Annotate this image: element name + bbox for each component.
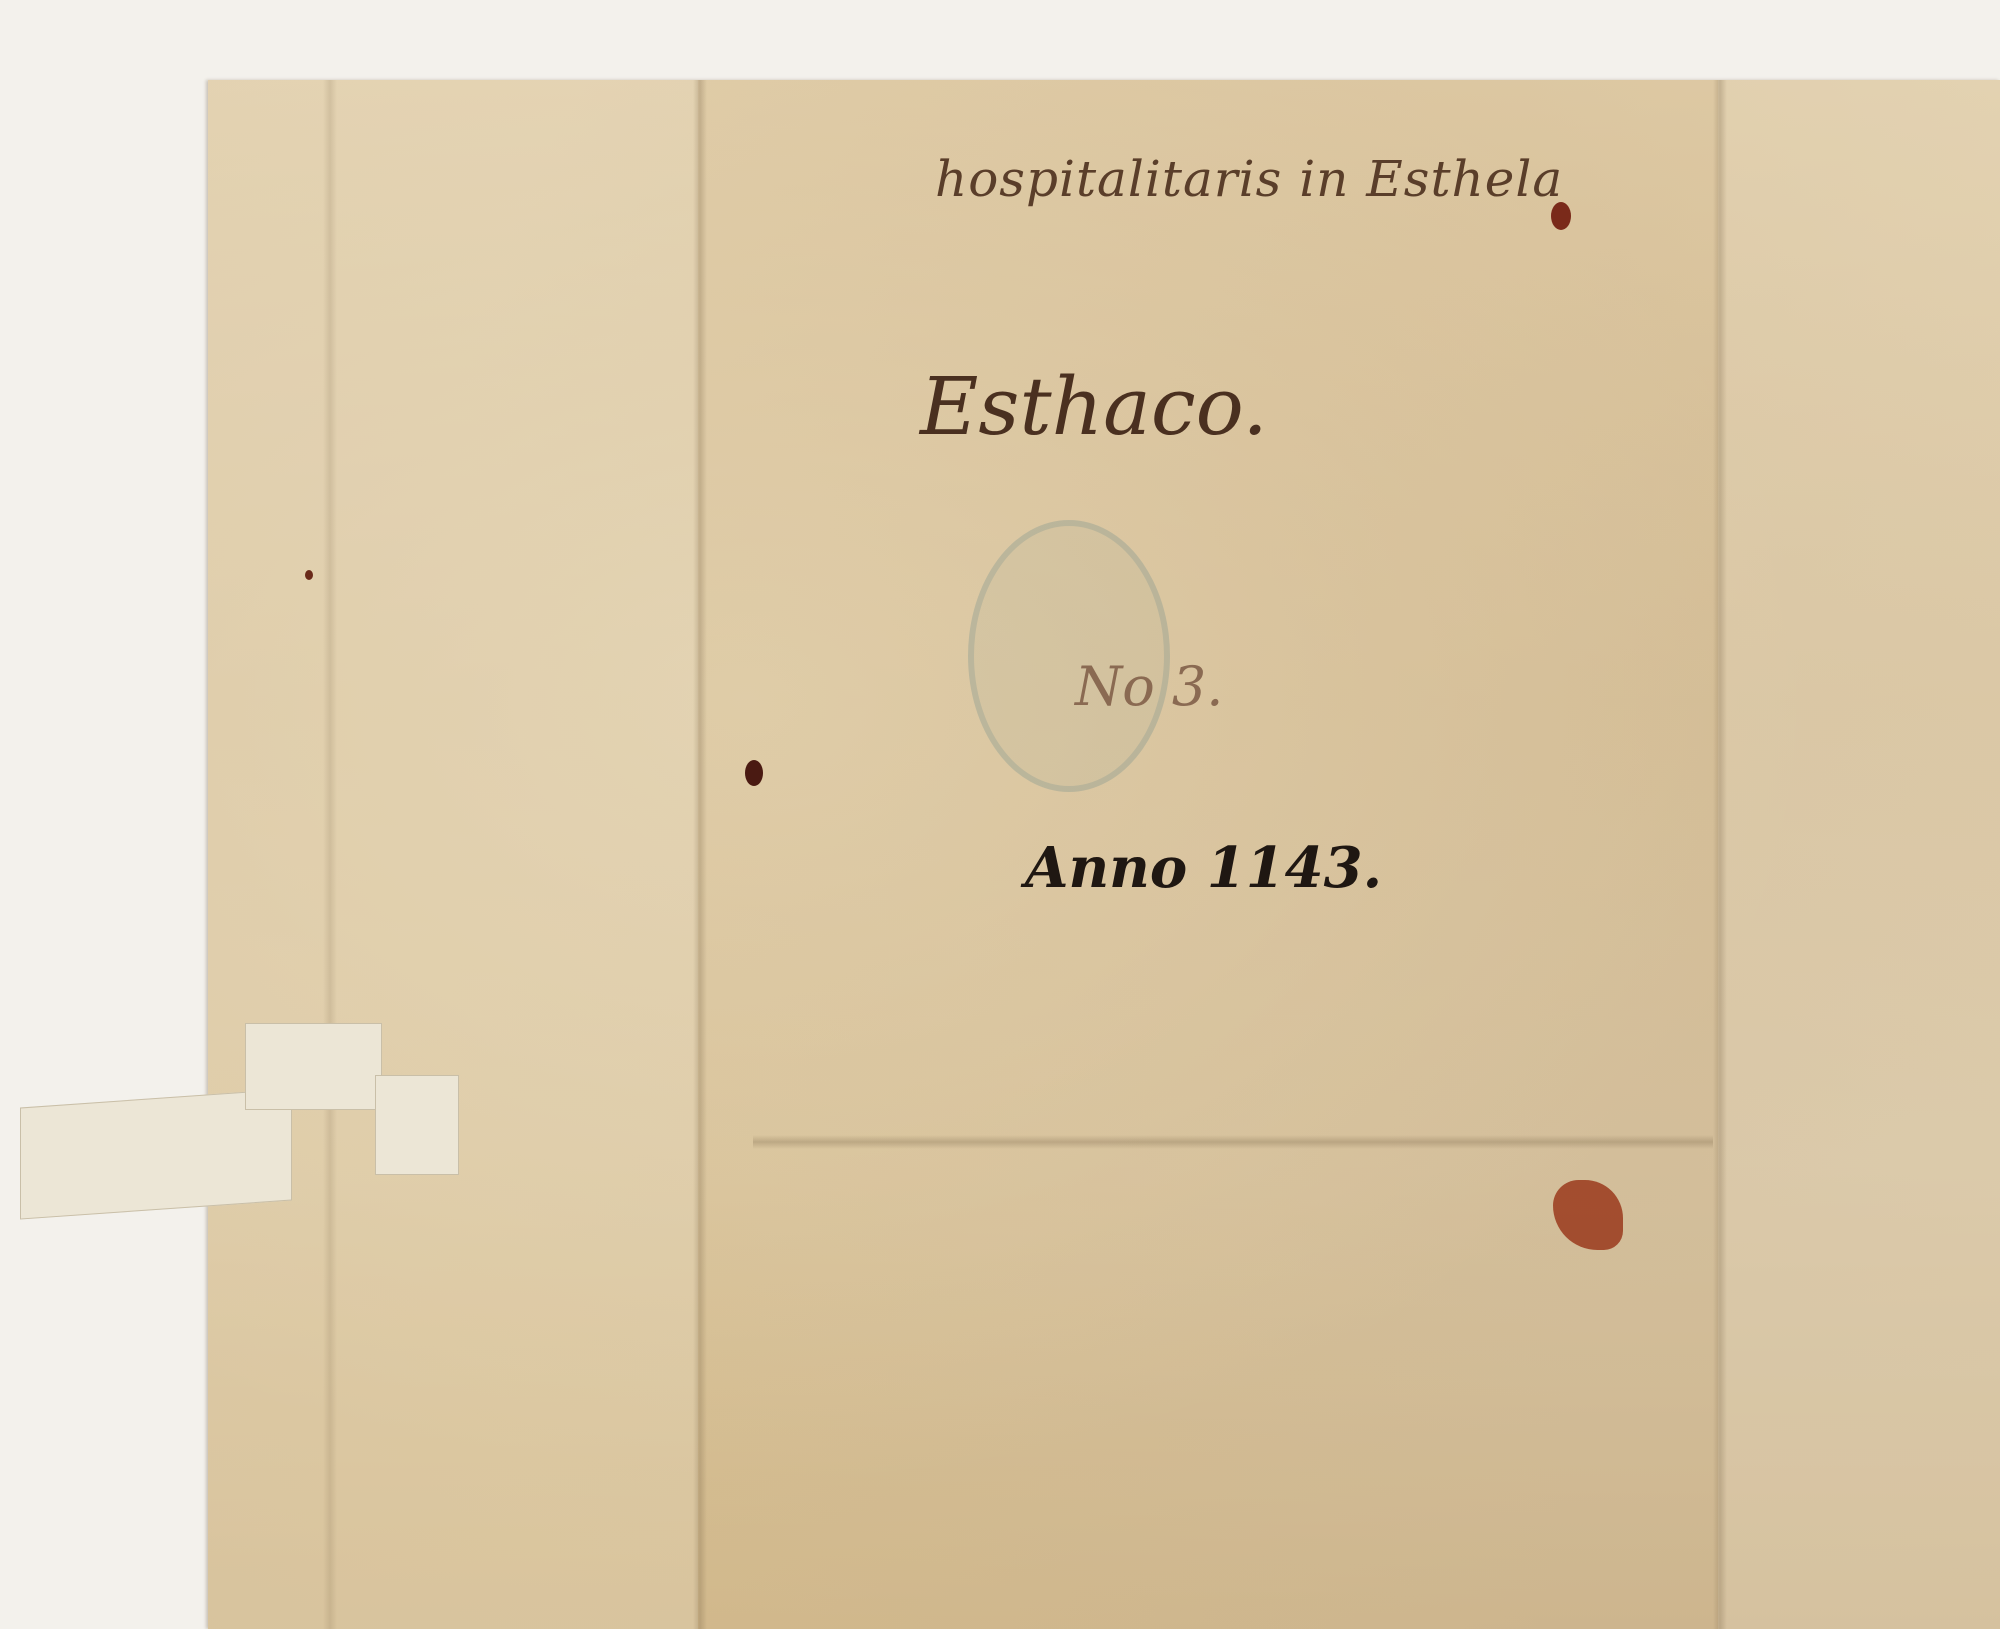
ink-spot <box>305 570 313 580</box>
red-stain <box>1553 1180 1623 1250</box>
vertical-fold-right <box>1713 80 1727 1629</box>
horizontal-fold <box>753 1135 1713 1149</box>
parchment-tie-end <box>375 1075 459 1175</box>
parchment-tie-loop <box>245 1023 382 1110</box>
top-annotation: hospitalitaris in Esthela <box>935 150 1563 208</box>
year-label: Anno 1143. <box>1025 835 1382 901</box>
vertical-fold-left <box>693 80 707 1629</box>
number-label: No 3. <box>1075 655 1223 718</box>
ink-spot <box>745 760 763 786</box>
signature-flourish: Esthaco. <box>920 360 1268 453</box>
right-panel <box>1718 80 2000 1629</box>
vertical-fold-edge <box>323 80 337 1629</box>
left-panel <box>208 80 698 1629</box>
